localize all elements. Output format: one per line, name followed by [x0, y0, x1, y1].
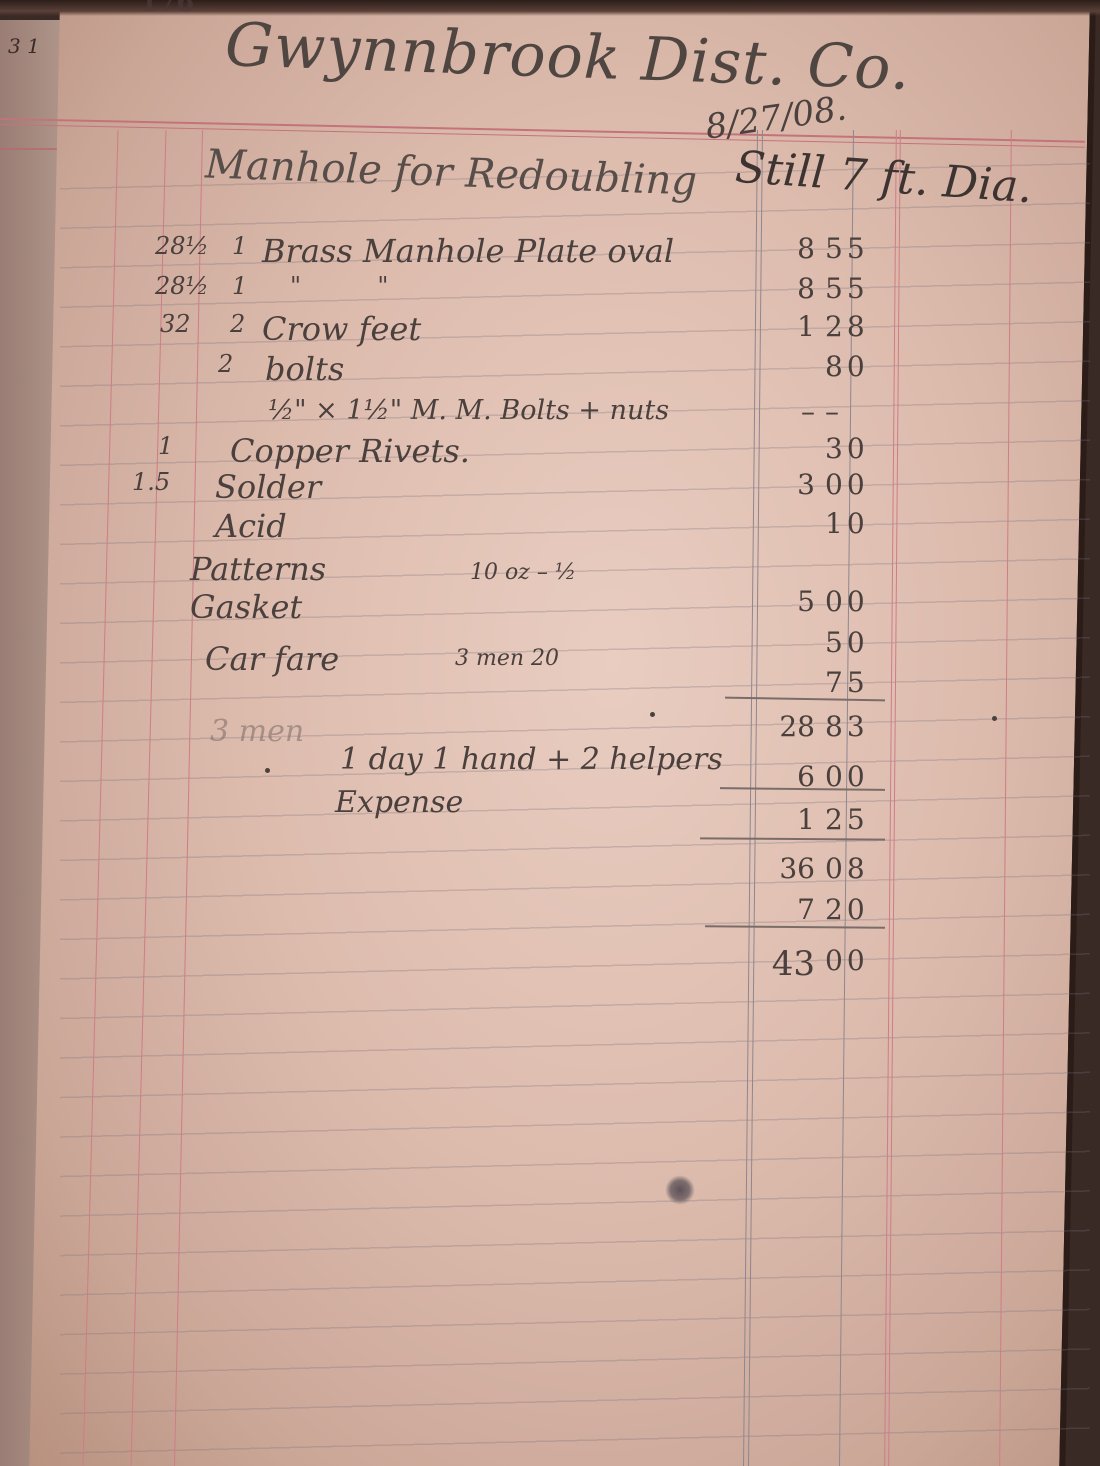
- item-description: Brass Manhole Plate oval: [262, 232, 674, 270]
- labor-row: 3 men 1 day 1 hand + 2 helpers 6 00: [0, 742, 1100, 782]
- grand-total-cents: 00: [825, 944, 885, 977]
- quantity-a: 1.5: [132, 468, 170, 496]
- amount-dollars: 1: [735, 310, 815, 343]
- item-description: bolts: [265, 350, 344, 388]
- total-cents: 08: [825, 852, 885, 885]
- addition-row: 7 20: [0, 893, 1100, 933]
- quantity-b: 2: [218, 350, 233, 378]
- grand-total-row: 43 00: [0, 944, 1100, 984]
- amount-cents: 10: [825, 507, 885, 540]
- amount-cents: 55: [825, 232, 885, 265]
- item-description: Gasket: [190, 588, 302, 626]
- amount-cents: 75: [825, 666, 885, 699]
- facing-page-fragment: 3 1: [8, 34, 40, 58]
- item-description: Crow feet: [262, 310, 421, 348]
- subtotal-dollars: 28: [735, 710, 815, 743]
- page-number: 176: [140, 0, 194, 18]
- ledger-row: 28½ 1 Brass Manhole Plate oval 8 55: [0, 232, 1100, 272]
- amount-cents: 00: [825, 468, 885, 501]
- labor-description: 1 day 1 hand + 2 helpers: [340, 742, 723, 777]
- expense-description: Expense: [335, 785, 463, 820]
- quantity-b: 1: [232, 272, 247, 300]
- total-dollars: 36: [735, 852, 815, 885]
- ledger-row: 1 Copper Rivets. 30: [0, 432, 1100, 472]
- item-description: Patterns: [190, 550, 326, 588]
- quantity-a: 28½: [155, 232, 209, 260]
- item-description: Solder: [215, 468, 321, 506]
- total-row: 36 08: [0, 852, 1100, 892]
- ledger-row: 1.5 Solder 3 00: [0, 468, 1100, 508]
- amount-cents: 55: [825, 272, 885, 305]
- grand-total-dollars: 43: [735, 944, 815, 984]
- quantity-a: 1: [158, 432, 173, 460]
- item-description: Copper Rivets.: [230, 432, 470, 470]
- quantity-a: 28½: [155, 272, 209, 300]
- amount-cents: 28: [825, 310, 885, 343]
- ledger-row: Patterns 10 oz – ½ 5 00: [0, 550, 1100, 590]
- addition-cents: 20: [825, 893, 885, 926]
- expense-dollars: 1: [735, 803, 815, 836]
- subtotal-cents: 83: [825, 710, 885, 743]
- ledger-row: Acid 10: [0, 507, 1100, 547]
- expense-cents: 25: [825, 803, 885, 836]
- ledger-row: Car fare 3 men 20 75: [0, 640, 1100, 680]
- amount-dollars: 8: [735, 232, 815, 265]
- labor-faint-prefix: 3 men: [210, 714, 304, 749]
- amount-cents: –: [825, 395, 885, 428]
- item-description: " ": [290, 272, 388, 300]
- amount-dollars: –: [735, 395, 815, 428]
- quantity-b: 2: [230, 310, 245, 338]
- amount-dollars: 8: [735, 272, 815, 305]
- ledger-row: Gasket 50: [0, 588, 1100, 628]
- item-description: ½" × 1½" M. M. Bolts + nuts: [268, 395, 669, 426]
- item-description: Acid: [215, 507, 287, 545]
- item-note: 3 men 20: [455, 646, 559, 671]
- ink-dot: [992, 716, 997, 721]
- amount-cents: 80: [825, 350, 885, 383]
- item-note: 10 oz – ½: [470, 560, 576, 585]
- ink-smudge: [665, 1175, 695, 1205]
- ink-dot: [265, 768, 270, 773]
- ledger-row: 32 2 Crow feet 1 28: [0, 310, 1100, 350]
- amount-dollars: 3: [735, 468, 815, 501]
- quantity-a: 32: [160, 310, 191, 338]
- ledger-row: 2 bolts 80: [0, 350, 1100, 390]
- expense-row: Expense 1 25: [0, 785, 1100, 825]
- addition-dollars: 7: [735, 893, 815, 926]
- amount-cents: 30: [825, 432, 885, 465]
- quantity-b: 1: [232, 232, 247, 260]
- ink-dot: [650, 712, 655, 717]
- ledger-row: ½" × 1½" M. M. Bolts + nuts – –: [0, 395, 1100, 435]
- ledger-row: 28½ 1 " " 8 55: [0, 272, 1100, 312]
- item-description: Car fare: [205, 640, 339, 678]
